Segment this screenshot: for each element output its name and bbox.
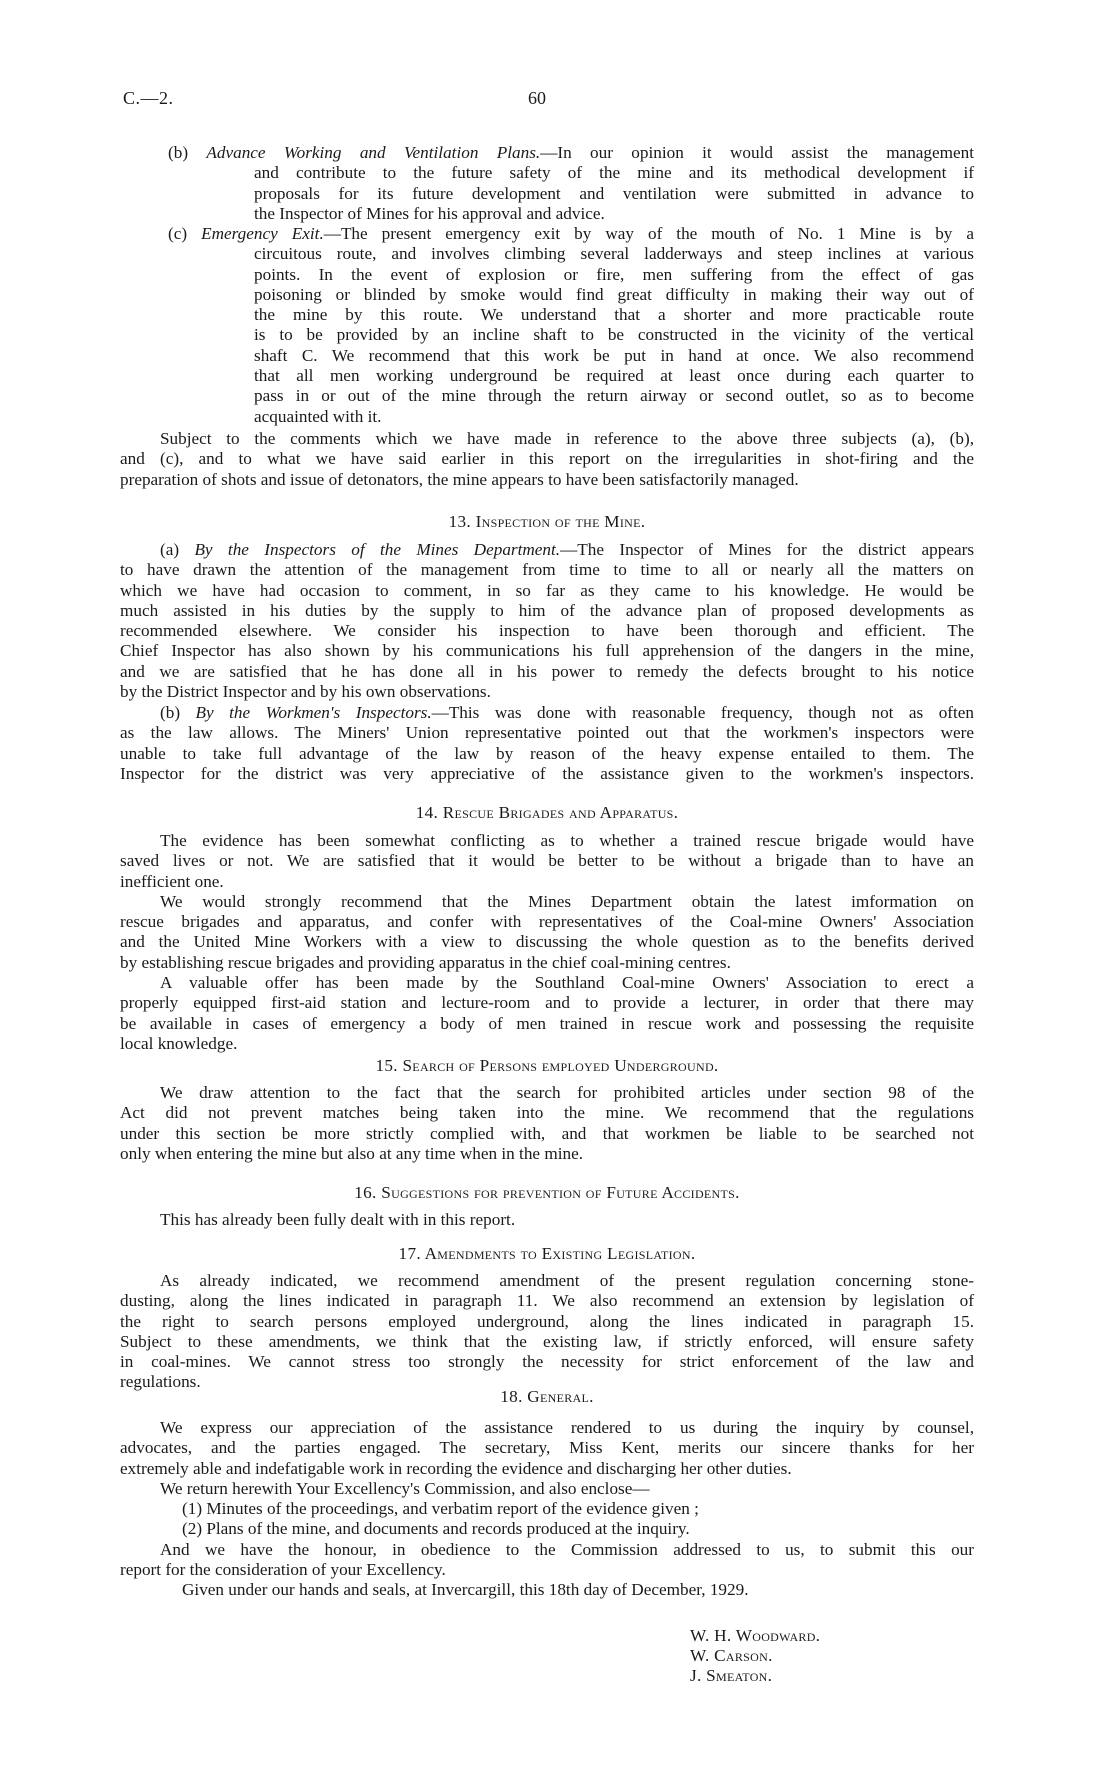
signatory: J. Smeaton. [690,1666,772,1686]
enclosure-item: (1) Minutes of the proceedings, and verb… [120,1499,974,1519]
section-heading-15: 15. Search of Persons employed Undergrou… [120,1056,974,1076]
section-12-summary: Subject to the comments which we have ma… [120,429,974,490]
document-page: C.—2. 60 (b) Advance Working and Ventila… [0,0,1114,1788]
section-15-body: We draw attention to the fact that the s… [120,1083,974,1164]
enclosure-item: (2) Plans of the mine, and documents and… [120,1519,974,1539]
signatory: W. H. Woodward. [690,1626,820,1646]
page-number: 60 [528,88,546,108]
signatory: W. Carson. [690,1646,773,1666]
section-16-body: This has already been fully dealt with i… [120,1210,974,1230]
section-18-body: We express our appreciation of the assis… [120,1418,974,1601]
item-label: (b) [168,143,188,162]
item-c-emergency-exit: (c) Emergency Exit.—The present emergenc… [120,224,974,427]
section-14-body: The evidence has been somewhat conflicti… [120,831,974,1054]
dated-line: Given under our hands and seals, at Inve… [120,1580,974,1600]
item-title: Emergency Exit. [201,224,324,243]
item-label: (c) [168,224,187,243]
section-heading-14: 14. Rescue Brigades and Apparatus. [120,803,974,823]
section-13-a: (a) By the Inspectors of the Mines Depar… [120,540,974,702]
item-b-advance-working: (b) Advance Working and Ventilation Plan… [120,143,974,224]
section-heading-18: 18. General. [120,1387,974,1407]
section-heading-13: 13. Inspection of the Mine. [120,512,974,532]
document-reference: C.—2. [123,88,174,108]
item-title: Advance Working and Ventilation Plans. [206,143,540,162]
section-13-b: (b) By the Workmen's Inspectors.—This wa… [120,703,974,784]
section-17-body: As already indicated, we recommend amend… [120,1271,974,1393]
section-heading-16: 16. Suggestions for prevention of Future… [120,1183,974,1203]
section-heading-17: 17. Amendments to Existing Legislation. [120,1244,974,1264]
